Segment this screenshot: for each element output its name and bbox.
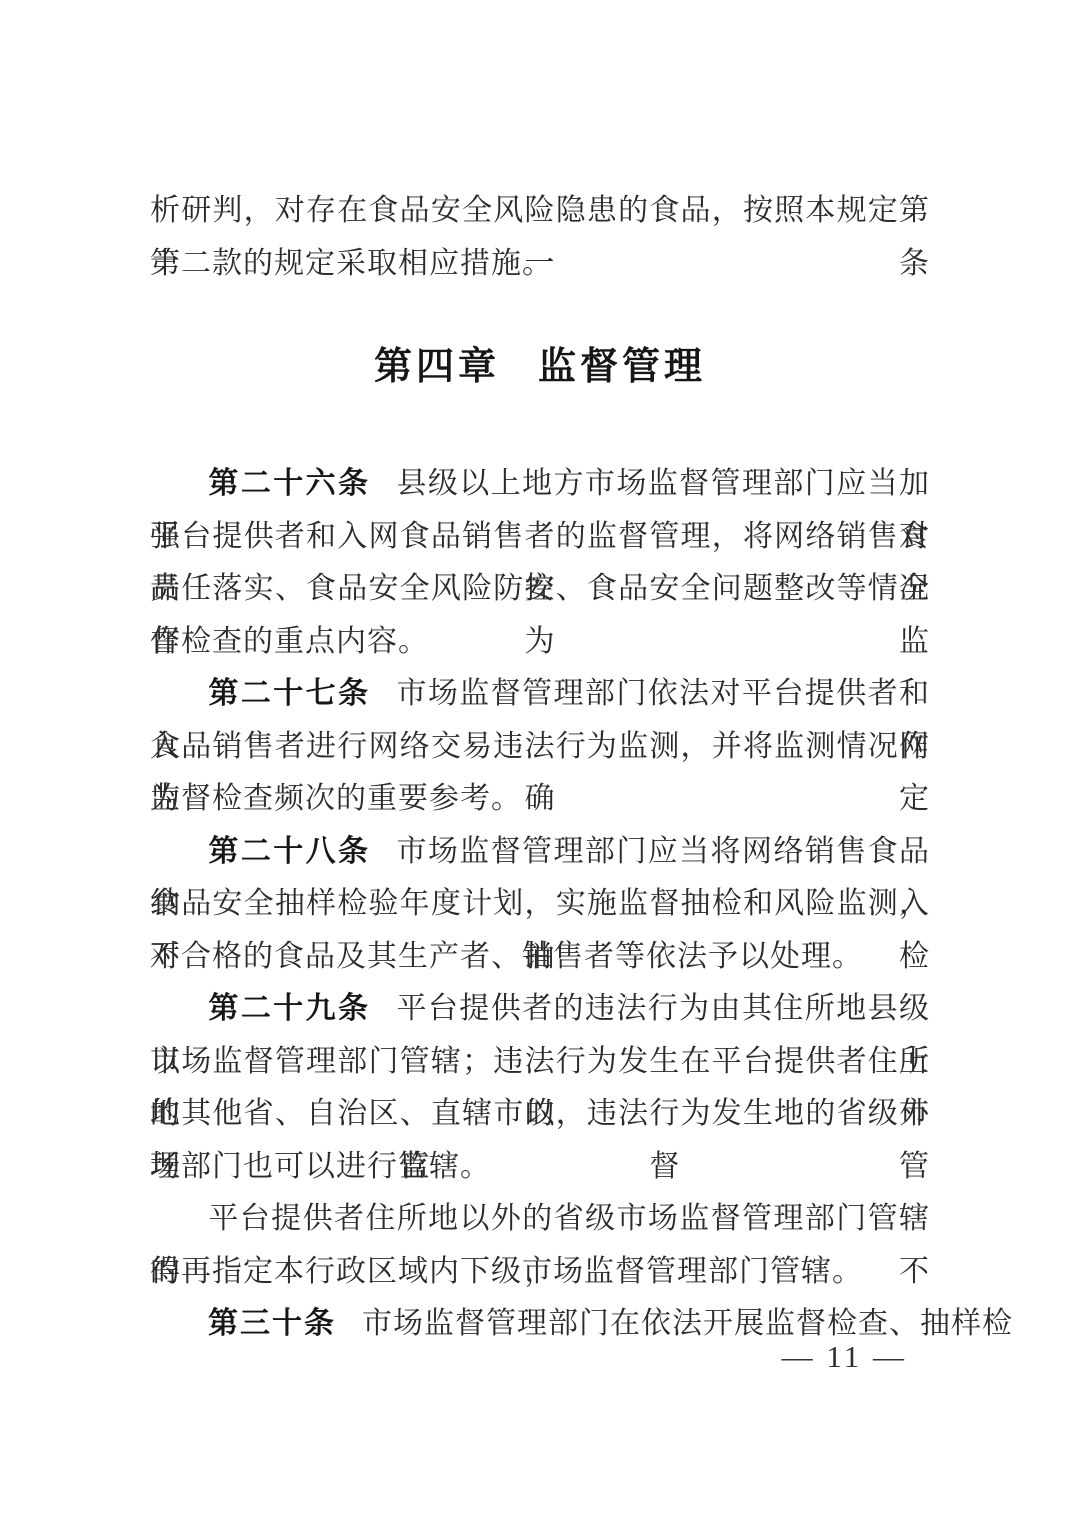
document-page: 析研判，对存在食品安全风险隐患的食品，按照本规定第十一条第二款的规定采取相应措施… [0, 0, 1080, 1515]
text-line: 得再指定本行政区域内下级市场监督管理部门管辖。 [150, 1246, 930, 1299]
line-text: 第二款的规定采取相应措施。 [150, 247, 553, 280]
article-number: 第三十条 [208, 1307, 336, 1340]
text-line: 第二十六条县级以上地方市场监督管理部门应当加强对 [150, 458, 930, 511]
page-footer: — 11 — [782, 1340, 907, 1374]
paragraph: 析研判，对存在食品安全风险隐患的食品，按照本规定第十一条第二款的规定采取相应措施… [150, 185, 930, 290]
paragraph: 平台提供者住所地以外的省级市场监督管理部门管辖的，不得再指定本行政区域内下级市场… [150, 1193, 930, 1298]
text-line: 平台提供者和入网食品销售者的监督管理，将网络销售食品安全 [150, 511, 930, 564]
document-content: 析研判，对存在食品安全风险隐患的食品，按照本规定第十一条第二款的规定采取相应措施… [150, 185, 930, 1351]
article-number: 第二十七条 [208, 677, 370, 710]
text-line: 第二十九条平台提供者的违法行为由其住所地县级以上 [150, 983, 930, 1036]
article-number: 第二十八条 [208, 835, 370, 868]
text-line: 市场监督管理部门管辖；违法行为发生在平台提供者住所地以外 [150, 1036, 930, 1089]
text-line: 的其他省、自治区、直辖市的，违法行为发生地的省级市场监督管 [150, 1088, 930, 1141]
page-number: — 11 — [782, 1339, 907, 1374]
text-line: 食品销售者进行网络交易违法行为监测，并将监测情况作为确定 [150, 721, 930, 774]
line-text: 市场监督管理部门在依法开展监督检查、抽样检 [362, 1307, 1013, 1340]
article-number: 第二十六条 [208, 467, 370, 500]
text-line: 不合格的食品及其生产者、销售者等依法予以处理。 [150, 931, 930, 984]
article-paragraph: 第二十八条市场监督管理部门应当将网络销售食品纳入食品安全抽样检验年度计划，实施监… [150, 826, 930, 984]
text-line: 第二十八条市场监督管理部门应当将网络销售食品纳入 [150, 826, 930, 879]
article-number: 第二十九条 [208, 992, 370, 1025]
text-line: 第二十七条市场监督管理部门依法对平台提供者和入网 [150, 668, 930, 721]
text-line: 责任落实、食品安全风险防控、食品安全问题整改等情况作为监 [150, 563, 930, 616]
line-text: 不合格的食品及其生产者、销售者等依法予以处理。 [150, 940, 863, 973]
article-paragraph: 第二十七条市场监督管理部门依法对平台提供者和入网食品销售者进行网络交易违法行为监… [150, 668, 930, 826]
line-text: 得再指定本行政区域内下级市场监督管理部门管辖。 [150, 1255, 863, 1288]
line-text: 督检查的重点内容。 [150, 625, 429, 658]
text-line: 析研判，对存在食品安全风险隐患的食品，按照本规定第十一条 [150, 185, 930, 238]
chapter-number: 第四章 [374, 340, 500, 395]
line-text: 理部门也可以进行管辖。 [150, 1150, 491, 1183]
chapter-title: 监督管理 [538, 340, 706, 395]
article-paragraph: 第二十九条平台提供者的违法行为由其住所地县级以上市场监督管理部门管辖；违法行为发… [150, 983, 930, 1193]
text-line: 食品安全抽样检验年度计划，实施监督抽检和风险监测，对抽检 [150, 878, 930, 931]
article-paragraph: 第二十六条县级以上地方市场监督管理部门应当加强对平台提供者和入网食品销售者的监督… [150, 458, 930, 668]
text-line: 平台提供者住所地以外的省级市场监督管理部门管辖的，不 [150, 1193, 930, 1246]
line-text: 监督检查频次的重要参考。 [150, 782, 522, 815]
chapter-heading: 第四章监督管理 [150, 340, 930, 395]
